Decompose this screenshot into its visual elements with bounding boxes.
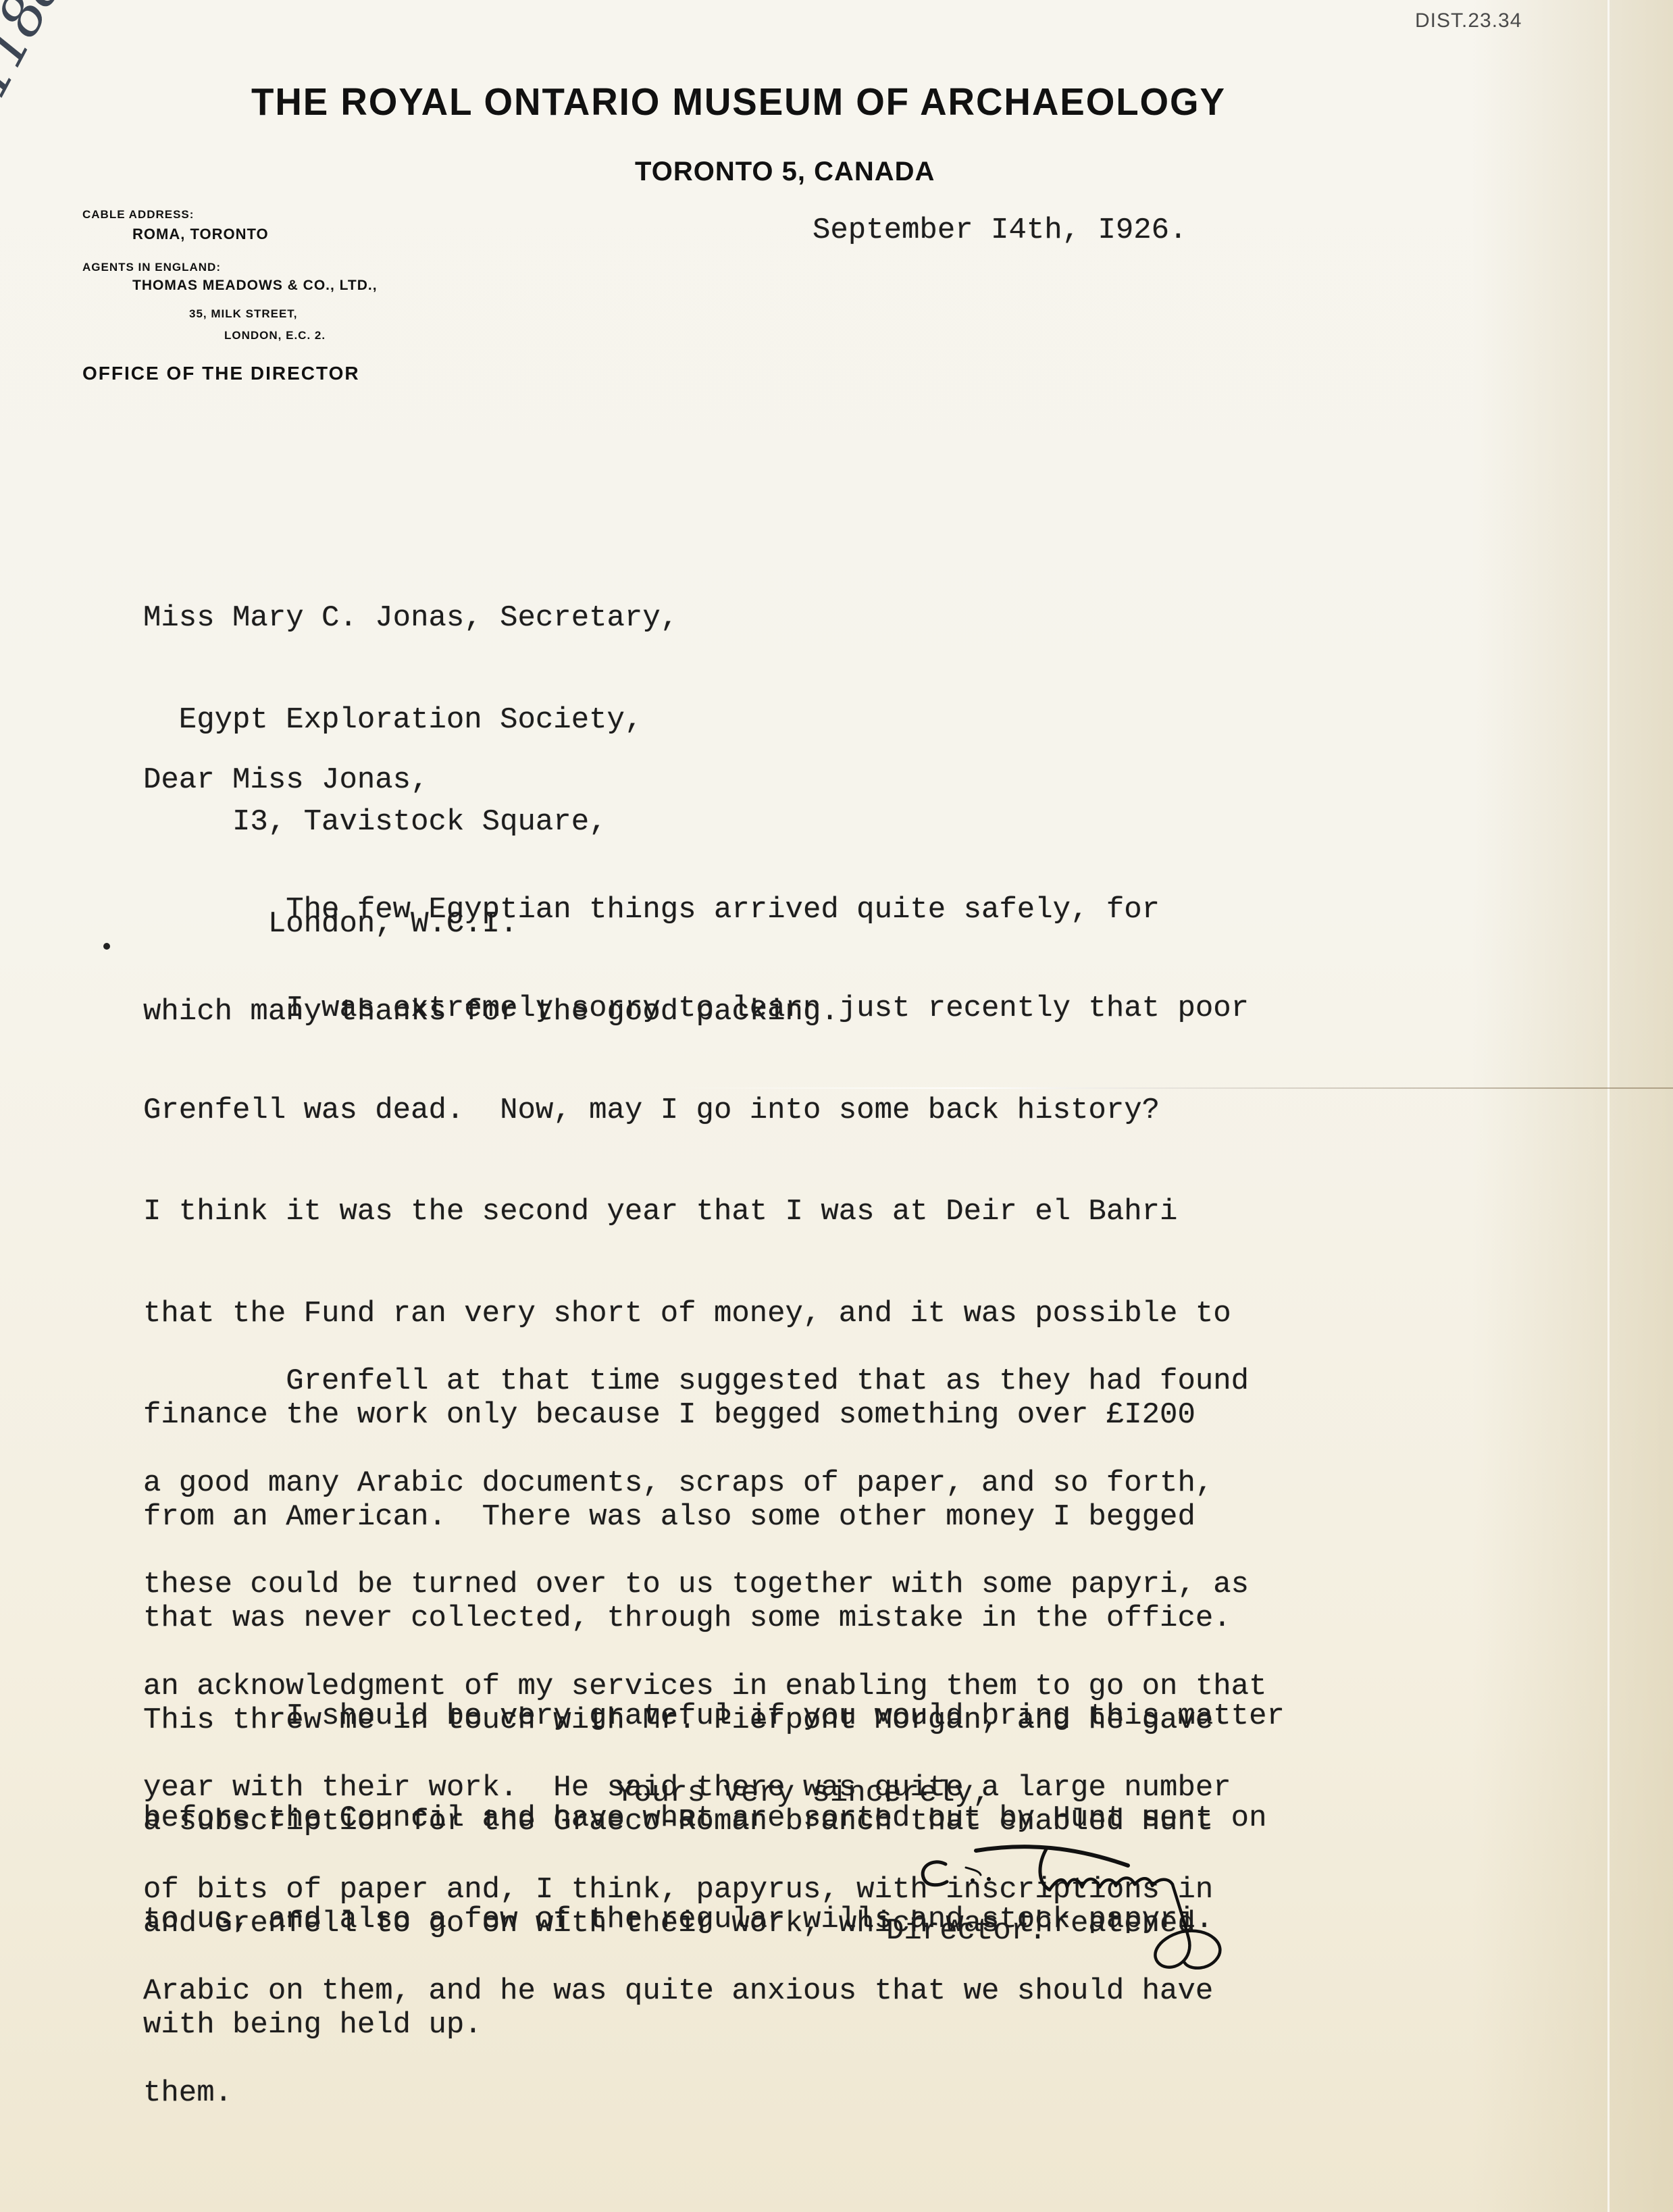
text-line: The few Egyptian things arrived quite sa… (143, 893, 1160, 927)
recipient-line: Miss Mary C. Jonas, Secretary, (143, 601, 678, 636)
text-line: I think it was the second year that I wa… (143, 1195, 1249, 1229)
paper-fold-line (1607, 0, 1610, 2212)
text-line: I was extremely sorry to learn just rece… (143, 992, 1249, 1026)
text-line: Grenfell was dead. Now, may I go into so… (143, 1094, 1249, 1128)
margin-dot-mark (103, 943, 110, 950)
text-line: them. (143, 2076, 1266, 2111)
text-line: a good many Arabic documents, scraps of … (143, 1466, 1266, 1501)
text-line: Grenfell at that time suggested that as … (143, 1364, 1266, 1399)
letterhead-institution: THE ROYAL ONTARIO MUSEUM OF ARCHAEOLOGY (251, 80, 1383, 124)
signer-title: Director. (886, 1914, 1047, 1948)
cable-address-label: CABLE ADDRESS: (82, 208, 194, 222)
office-of-director: OFFICE OF THE DIRECTOR (82, 363, 360, 384)
closing: Yours very sincerely, (616, 1776, 991, 1810)
letter-page: 11885 DIST.23.34 THE ROYAL ONTARIO MUSEU… (0, 0, 1673, 2212)
distribution-stamp: DIST.23.34 (1415, 9, 1522, 32)
recipient-line: Egypt Exploration Society, (143, 703, 678, 738)
archive-number-handwritten: 11885 (0, 0, 93, 108)
text-line: I should be very grateful if you would b… (143, 1699, 1285, 1734)
salutation: Dear Miss Jonas, (143, 763, 428, 797)
text-line: these could be turned over to us togethe… (143, 1568, 1266, 1602)
agent-street: 35, MILK STREET, (189, 307, 298, 321)
letterhead-city: TORONTO 5, CANADA (635, 157, 935, 187)
letter-date: September I4th, I926. (813, 213, 1187, 247)
cable-address: ROMA, TORONTO (132, 226, 269, 243)
agent-name: THOMAS MEADOWS & CO., LTD., (132, 278, 378, 294)
agent-city: LONDON, E.C. 2. (224, 329, 326, 342)
agents-label: AGENTS IN ENGLAND: (82, 261, 221, 274)
